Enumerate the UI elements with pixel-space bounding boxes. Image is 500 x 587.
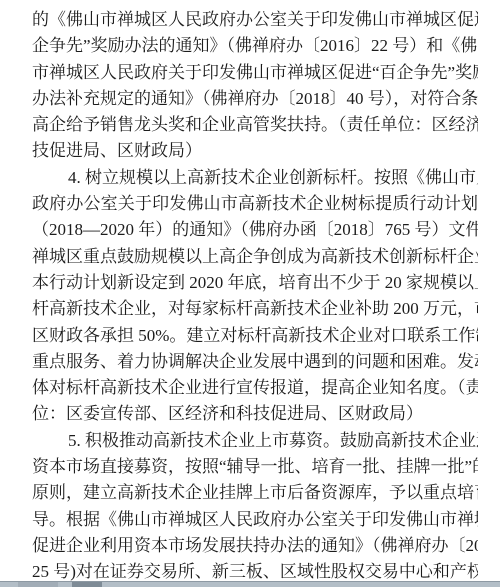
taskbar-item-segment[interactable] — [18, 582, 58, 587]
text-line-paragraph-start-item-5: 5. 积极推动高新技术企业上市募资。鼓励高新技术企业通过 — [32, 428, 478, 454]
text-line: 的《佛山市禅城区人民政府办公室关于印发佛山市禅城区促进“百 — [32, 7, 478, 33]
text-line: 体对标杆高新技术企业进行宣传报道，提高企业知名度。（责任单 — [32, 375, 478, 401]
taskbar-item-segment[interactable] — [72, 582, 102, 587]
text-line-paragraph-start-item-4: 4. 树立规模以上高新技术企业创新标杆。按照《佛山市人民 — [32, 165, 478, 191]
text-line: 资本市场直接募资，按照“辅导一批、培育一批、挂牌一批”的 — [32, 454, 478, 480]
text-line: 区财政各承担 50%。建立对标杆高新技术企业对口联系工作制度， — [32, 323, 478, 349]
text-line: 原则，建立高新技术企业挂牌上市后备资源库，予以重点培育辅 — [32, 480, 478, 506]
text-line: 导。根据《佛山市禅城区人民政府办公室关于印发佛山市禅城区 — [32, 507, 478, 533]
text-line-paragraph-end: 位：区委宣传部、区经济和科技促进局、区财政局） — [32, 401, 478, 427]
text-line: 高企给予销售龙头奖和企业高管奖扶持。（责任单位：区经济和科 — [32, 112, 478, 138]
text-line: 企争先”奖励办法的通知》（佛禅府办〔2016〕22 号）和《佛山 — [32, 33, 478, 59]
text-line: 促进企业利用资本市场发展扶持办法的通知》（佛禅府办〔2016〕 — [32, 533, 478, 559]
text-line: （2018—2020 年）的通知》（佛府办函〔2018〕765 号）文件精神， — [32, 217, 478, 243]
text-line: 本行动计划新设定到 2020 年底，培育出不少于 20 家规模以上标 — [32, 270, 478, 296]
document-page: 的《佛山市禅城区人民政府办公室关于印发佛山市禅城区促进“百 企争先”奖励办法的通… — [0, 0, 500, 587]
text-line: 政府办公室关于印发佛山市高新技术企业树标提质行动计划 — [32, 191, 478, 217]
text-line-paragraph-end: 技促进局、区财政局） — [32, 138, 478, 164]
text-line: 重点服务、着力协调解决企业发展中遇到的问题和困难。发动媒 — [32, 349, 478, 375]
text-line: 市禅城区人民政府关于印发佛山市禅城区促进“百企争先”奖励 — [32, 60, 478, 86]
document-text-block: 的《佛山市禅城区人民政府办公室关于印发佛山市禅城区促进“百 企争先”奖励办法的通… — [32, 7, 478, 586]
text-line: 禅城区重点鼓励规模以上高企争创成为高新技术创新标杆企业， — [32, 244, 478, 270]
taskbar-top-edge[interactable] — [0, 581, 500, 587]
text-line: 杆高新技术企业，对每家标杆高新技术企业补助 200 万元，市、 — [32, 296, 478, 322]
text-line: 办法补充规定的通知》（佛禅府办〔2018〕40 号），对符合条件的 — [32, 86, 478, 112]
